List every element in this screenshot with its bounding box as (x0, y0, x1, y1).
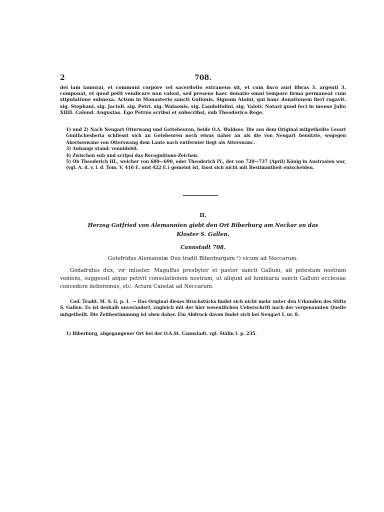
source-note: Cod. Tradit. M. S. G. p. 1. — Das Origin… (60, 300, 346, 319)
running-head-year: 708. (60, 73, 346, 82)
section-title: Herzog Gotfried von Alemannien giebt den… (60, 222, 346, 239)
section-footnote: 1) Biberburg, abgegangener Ort bei der O… (66, 332, 346, 337)
section-title-line-2: Kloster S. Gallen. (60, 231, 346, 240)
footnotes-list: 1) und 2) Nach Neugart Otterwang und Got… (66, 128, 346, 173)
charter-rubric: Gotefridus Alemanniæ Dux tradit Biberbur… (60, 256, 346, 262)
section-divider (183, 195, 218, 196)
place-date: Cannstadt 708. (60, 245, 346, 251)
footnote-5: 5) Ob Theoderich III., welcher von 680—6… (66, 160, 346, 173)
section-number: II. (60, 213, 346, 219)
charter-body: Godafridus dux, vir inluster. Magulfus p… (60, 267, 346, 292)
page-header: 2 708. (60, 73, 346, 81)
section-title-line-1: Herzog Gotfried von Alemannien giebt den… (60, 222, 346, 231)
charter-text-continuation: dei iam iamurai, et communi corpore vel … (60, 86, 346, 117)
document-page: 2 708. dei iam iamurai, et communi corpo… (0, 0, 384, 512)
footnote-1-2: 1) und 2) Nach Neugart Otterwang und Got… (66, 128, 346, 147)
